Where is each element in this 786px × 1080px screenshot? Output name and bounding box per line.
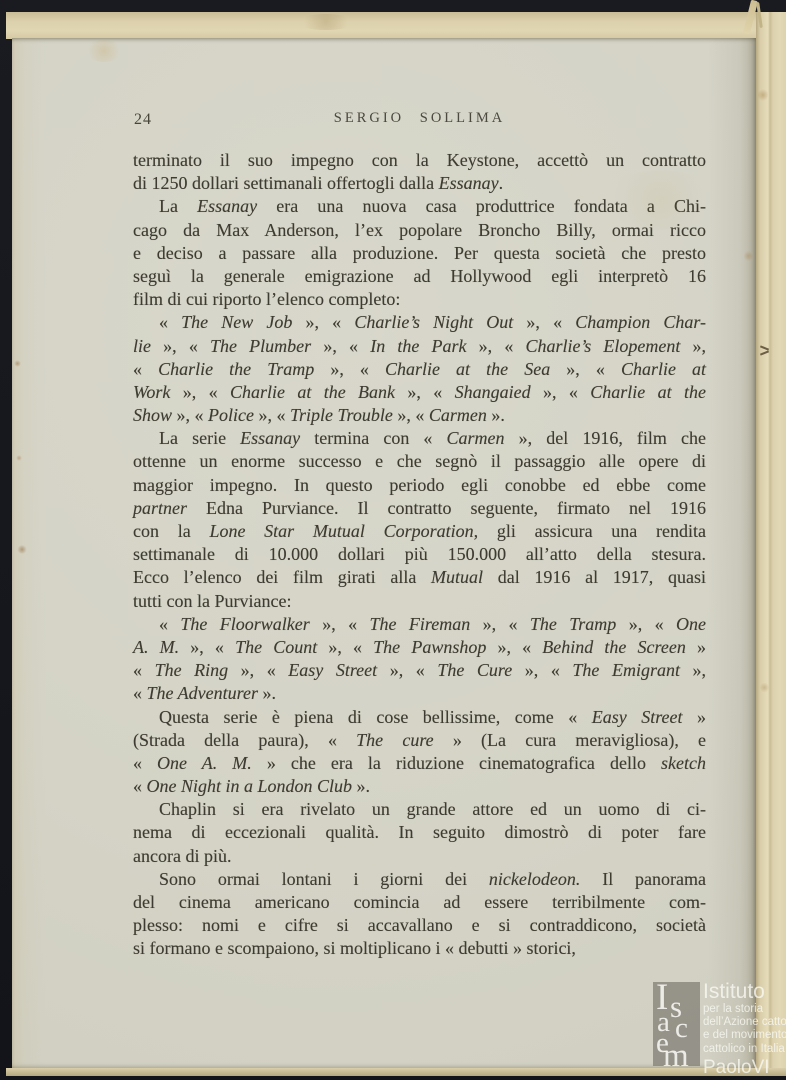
stain (16, 455, 22, 461)
text-line: settimanale di 10.000 dollari più 150.00… (133, 543, 706, 566)
body-text: terminato il suo impegno con la Keystone… (133, 149, 706, 961)
text-line: La serie Essanay termina con « Carmen »,… (133, 427, 706, 450)
page-edge-top (6, 12, 786, 39)
text-line: nema di eccezionali qualità. In seguito … (133, 821, 706, 844)
text-line: « The Floorwalker », « The Fireman », « … (133, 613, 706, 636)
text-line: Questa serie è piena di cose bellissime,… (133, 706, 706, 729)
page-number: 24 (134, 111, 152, 129)
stain (744, 250, 753, 262)
text-line: con la Lone Star Mutual Corporation, gli… (133, 520, 706, 543)
stain (14, 360, 21, 367)
text-line: ottenne un enorme successo e che segnò i… (133, 450, 706, 473)
text-line: plesso: nomi e cifre si accavallano e si… (133, 914, 706, 937)
text-line: si formano e scompaiono, si moltiplicano… (133, 937, 706, 960)
text-line: « One Night in a London Club ». (133, 775, 706, 798)
text-line: Ecco l’elenco dei film girati alla Mutua… (133, 566, 706, 589)
text-line: (Strada della paura), « The cure » (La c… (133, 729, 706, 752)
text-line: « The New Job », « Charlie’s Night Out »… (133, 311, 706, 334)
edge-mark (760, 346, 772, 356)
text-line: del cinema americano comincia ad essere … (133, 891, 706, 914)
text-line: Sono ormai lontani i giorni dei nickelod… (133, 868, 706, 891)
text-line: « The Ring », « Easy Street », « The Cur… (133, 659, 706, 682)
running-header: SERGIO SOLLIMA (133, 110, 706, 127)
text-line: « The Adventurer ». (133, 682, 706, 705)
stain (600, 170, 720, 230)
text-line: maggior impegno. In questo periodo egli … (133, 474, 706, 497)
text-line: partner Edna Purviance. Il contratto seg… (133, 497, 706, 520)
stain (17, 545, 27, 554)
stain (84, 40, 124, 62)
page-edge-bottom (6, 1068, 786, 1076)
text-line: lie », « The Plumber », « In the Park »,… (133, 335, 706, 358)
text-line: « Charlie the Tramp », « Charlie at the … (133, 358, 706, 381)
text-line: tutti con la Purviance: (133, 590, 706, 613)
stain (760, 682, 769, 693)
text-line: Work », « Charlie at the Bank », « Shang… (133, 381, 706, 404)
text-line: A. M. », « The Count », « The Pawnshop »… (133, 636, 706, 659)
text-line: ancora di più. (133, 845, 706, 868)
text-line: e deciso a passare alla produzione. Per … (133, 242, 706, 265)
text-line: Chaplin si era rivelato un grande attore… (133, 798, 706, 821)
text-line: seguì la generale emigrazione ad Hollywo… (133, 265, 706, 288)
stain (296, 14, 356, 30)
text-line: « One A. M. » che era la riduzione cinem… (133, 752, 706, 775)
text-line: film di cui riporto l’elenco completo: (133, 288, 706, 311)
stain (758, 88, 768, 102)
text-line: Show », « Police », « Triple Trouble », … (133, 404, 706, 427)
text-line: terminato il suo impegno con la Keystone… (133, 149, 706, 172)
scanned-book-page: 24 SERGIO SOLLIMA terminato il suo impeg… (0, 0, 786, 1080)
page-edge-right (756, 12, 786, 1072)
running-head: 24 SERGIO SOLLIMA (133, 110, 706, 130)
